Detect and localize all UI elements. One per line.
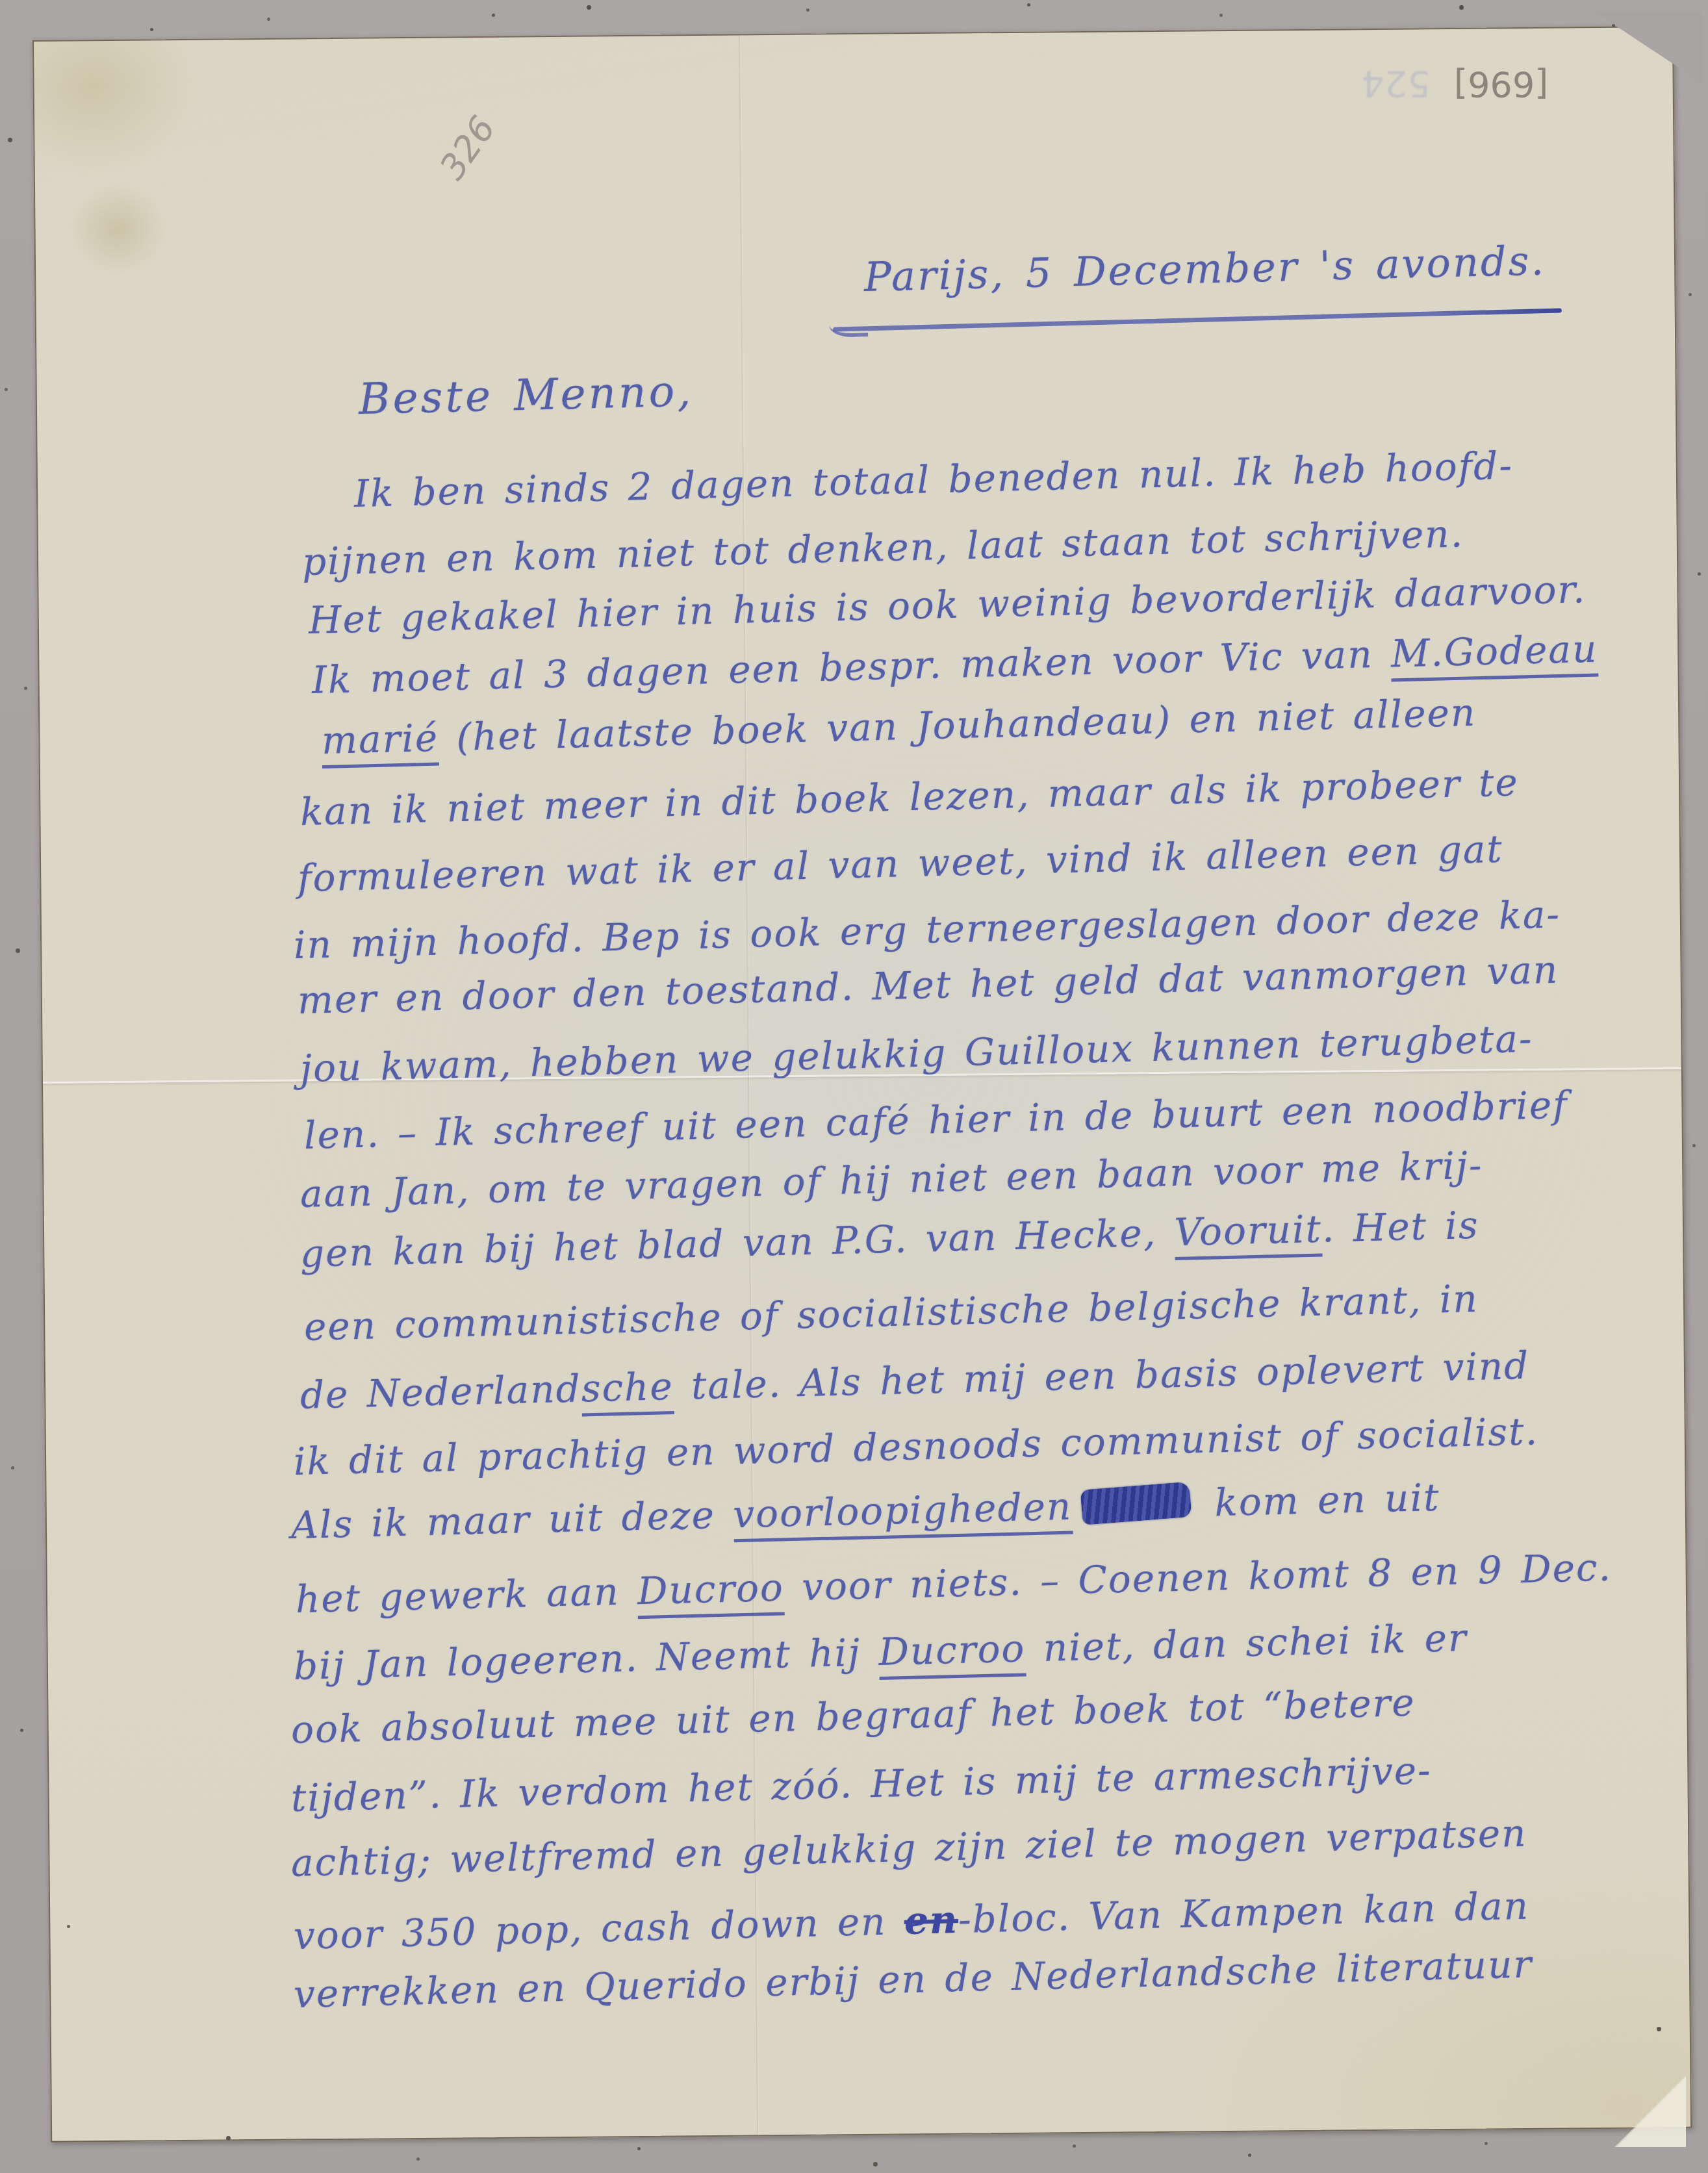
letter-text-segment: het gewerk aan [295,1569,638,1621]
letter-text-segment: . Het is [1321,1203,1479,1251]
letter-text-segment: M.Godeau [1390,627,1598,682]
letter-text-segment: (het laatste boek van Jouhandeau) en nie… [438,691,1477,760]
ink-bleedthrough-number: 524 [1361,62,1431,105]
paper-stain [69,183,167,275]
letter-text-segment: Ducroo [878,1626,1026,1679]
letter-text-segment: niet, dan schei ik er [1025,1616,1468,1671]
letter-text-segment: en [904,1898,959,1943]
letter-text-segment: marié [321,716,439,769]
crossed-out-word-scribble [1080,1482,1192,1525]
pencil-annotation-corner-number: [696] [1454,64,1548,105]
letter-text-segment: voorloopigheden [732,1484,1073,1543]
letter-text-segment: voor niets. – Coenen komt 8 en 9 Dec. [784,1545,1612,1610]
scanned-letter-image: 524 [696] 326 Parijs, 5 December 's avon… [0,0,1708,2173]
letter-text-segment: kom en uit [1196,1475,1440,1525]
letter-text-segment: Als ik maar uit deze [290,1492,733,1547]
dust-specks [0,0,2,2]
letter-text-segment: de Nederland [300,1366,581,1417]
letter-salutation: Beste Menno, [358,355,695,435]
letter-text-segment: bij Jan logeeren. Neemt hij [293,1630,879,1688]
letter-text-segment: sche [581,1364,674,1416]
letter-text-segment: gen kan bij het blad van P.G. van Hecke, [300,1210,1175,1276]
letter-text-segment: Ducroo [637,1566,785,1619]
letter-text-segment: Vooruit [1174,1207,1323,1261]
